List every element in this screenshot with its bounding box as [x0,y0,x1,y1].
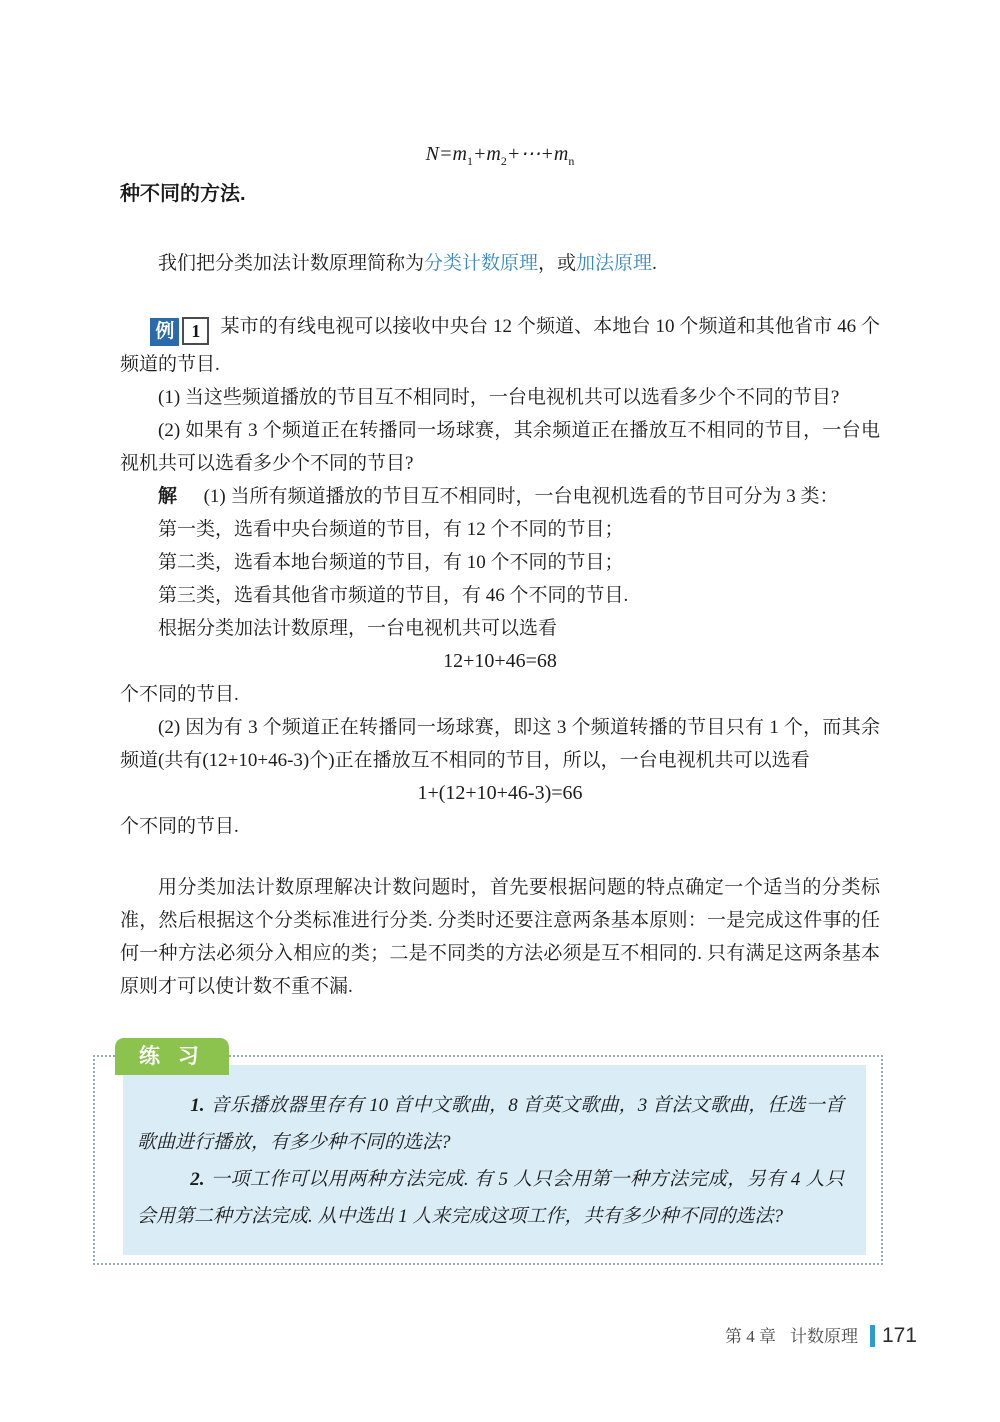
formula-sum-principle: N=m1+m2+⋯+mn [120,138,880,178]
solution-part1-conclusion: 根据分类加法计数原理，一台电视机共可以选看 [120,612,880,645]
practice-item-2: 2.一项工作可以用两种方法完成. 有 5 人只会用第一种方法完成，另有 4 人只… [137,1161,844,1235]
textbook-page: N=m1+m2+⋯+mn 种不同的方法. 我们把分类加法计数原理简称为分类计数原… [0,0,1000,1422]
example-number: 1 [182,317,209,345]
page-footer: 第 4 章计数原理171 [725,1322,917,1348]
footer-accent-bar [870,1325,875,1347]
intro-separator: ，或 [538,253,576,274]
practice-item-1: 1.音乐播放器里存有 10 首中文歌曲，8 首英文歌曲，3 首法文歌曲，任选一首… [137,1087,844,1161]
formula-part: +⋯+m [507,143,568,165]
footer-chapter: 第 4 章 [725,1327,776,1346]
footer-section-title: 计数原理 [790,1327,858,1346]
solution-case-1: 第一类，选看中央台频道的节目，有 12 个不同的节目； [120,513,880,546]
practice-item-1-text: 音乐播放器里存有 10 首中文歌曲，8 首英文歌曲，3 首法文歌曲，任选一首歌曲… [137,1095,844,1153]
example-1-block: 例1某市的有线电视可以接收中央台 12 个频道、本地台 10 个频道和其他省市 … [120,310,880,843]
formula-total-after-text: 个不同的节目. [120,810,880,843]
practice-item-2-number: 2. [190,1169,204,1190]
formula-total-result: 1+(12+10+46-3)=66 [120,777,880,810]
page-content: N=m1+m2+⋯+mn 种不同的方法. 我们把分类加法计数原理简称为分类计数原… [120,138,880,1265]
formula-part: N=m [426,143,467,165]
intro-prefix: 我们把分类加法计数原理简称为 [158,253,424,274]
solution-intro-paragraph: 解(1) 当所有频道播放的节目互不相同时，一台电视机选看的节目可分为 3 类： [120,480,880,513]
example-question-1: (1) 当这些频道播放的节目互不相同时，一台电视机共可以选看多少个不同的节目? [120,381,880,414]
practice-box: 练 习 1.音乐播放器里存有 10 首中文歌曲，8 首英文歌曲，3 首法文歌曲，… [93,1055,883,1265]
example-statement-text: 某市的有线电视可以接收中央台 12 个频道、本地台 10 个频道和其他省市 46… [120,316,880,375]
example-statement: 例1某市的有线电视可以接收中央台 12 个频道、本地台 10 个频道和其他省市 … [120,310,880,381]
term-classification-counting-principle: 分类计数原理 [424,253,538,274]
practice-inner-panel: 1.音乐播放器里存有 10 首中文歌曲，8 首英文歌曲，3 首法文歌曲，任选一首… [123,1065,866,1255]
formula-sum-after-text: 个不同的节目. [120,678,880,711]
example-question-2: (2) 如果有 3 个频道正在转播同一场球赛，其余频道正在播放互不相同的节目，一… [120,414,880,480]
example-label: 例 [150,318,179,346]
practice-item-1-number: 1. [190,1095,204,1116]
solution-part1-intro: (1) 当所有频道播放的节目互不相同时，一台电视机选看的节目可分为 3 类： [204,486,839,507]
intro-period: . [652,253,657,274]
formula-part: +m [473,143,501,165]
remark-paragraph: 用分类加法计数原理解决计数问题时，首先要根据问题的特点确定一个适当的分类标准，然… [120,871,880,1003]
principle-ending-text: 种不同的方法. [120,178,880,211]
term-addition-principle: 加法原理 [576,253,652,274]
practice-item-2-text: 一项工作可以用两种方法完成. 有 5 人只会用第一种方法完成，另有 4 人只会用… [137,1169,844,1227]
solution-label: 解 [158,486,177,507]
solution-case-2: 第二类，选看本地台频道的节目，有 10 个不同的节目； [120,546,880,579]
solution-case-3: 第三类，选看其他省市频道的节目，有 46 个不同的节目. [120,579,880,612]
formula-sum-result: 12+10+46=68 [120,645,880,678]
page-number: 171 [882,1324,917,1347]
solution-part2-paragraph: (2) 因为有 3 个频道正在转播同一场球赛，即这 3 个频道转播的节目只有 1… [120,711,880,777]
example-badge: 例1 [150,315,209,348]
intro-paragraph: 我们把分类加法计数原理简称为分类计数原理，或加法原理. [120,247,880,280]
practice-tab: 练 习 [115,1038,229,1075]
